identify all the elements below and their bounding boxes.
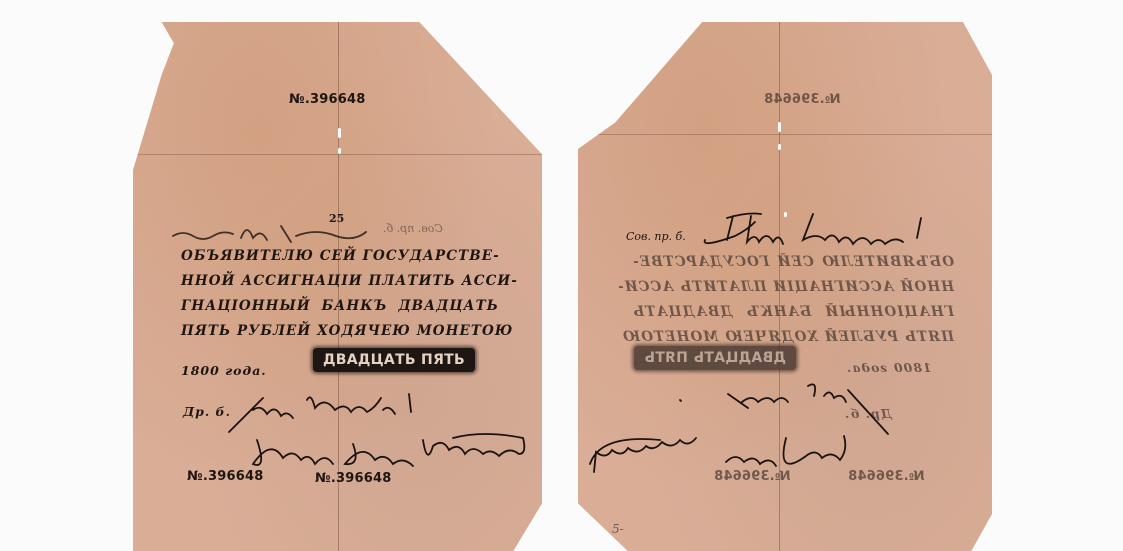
serial-number-top: №.396648 [289,92,365,107]
counter-signature [703,210,963,250]
director-label-mirrored: Др. б. [844,406,892,421]
year-text: 1800 года. [181,363,267,378]
pin-hole [778,122,781,132]
body-line: гнаціонный банкъ двадцать [181,294,499,319]
serial-number-bottom-right-mirrored: №.396648 [848,469,924,484]
pin-hole [778,144,781,150]
body-line: нной ассигнаціи платить асси- [181,269,499,294]
note-body-text-mirrored: Объявителю сей государстве- нной ассигна… [632,250,954,350]
pencil-mark: 5- [612,522,624,536]
note-body-text: Объявителю сей государстве- нной ассигна… [181,244,499,344]
fold-line-horizontal [133,154,542,155]
banknote-back: №.396648 Сов. пр. б. Объявителю сей госу… [578,22,992,551]
serial-number-bottom-left: №.396648 [187,469,263,484]
counter-label-faded: Сов. пр. б. [383,222,443,235]
denomination-stamp: ДВАДЦАТЬ ПЯТЬ [313,348,475,372]
body-line: Объявителю сей государстве- [181,244,499,269]
counter-label: Сов. пр. б. [626,230,686,243]
pin-hole [338,148,341,154]
banknote-front: №.396648 25 Сов. пр. б. Объявителю сей г… [133,22,542,551]
director-signature [223,390,463,440]
pin-hole [338,128,341,138]
cashier-signature [253,434,533,484]
body-line: гнаціонный банкъ двадцать [632,300,954,325]
fold-line-horizontal [578,134,992,135]
body-line: Объявителю сей государстве- [632,250,954,275]
year-text-mirrored: 1800 года. [846,360,932,375]
serial-number-top-mirrored: №.396648 [764,92,840,107]
serial-number-bottom-left-mirrored: №.396648 [714,469,790,484]
body-line: нной ассигнаціи платить асси- [632,275,954,300]
body-line: пять рублей ходячею монетою [181,319,499,344]
denomination-stamp-mirrored: ДВАДЦАТЬ ПЯТЬ [634,346,796,370]
serial-number-bottom-right: №.396648 [315,471,391,486]
